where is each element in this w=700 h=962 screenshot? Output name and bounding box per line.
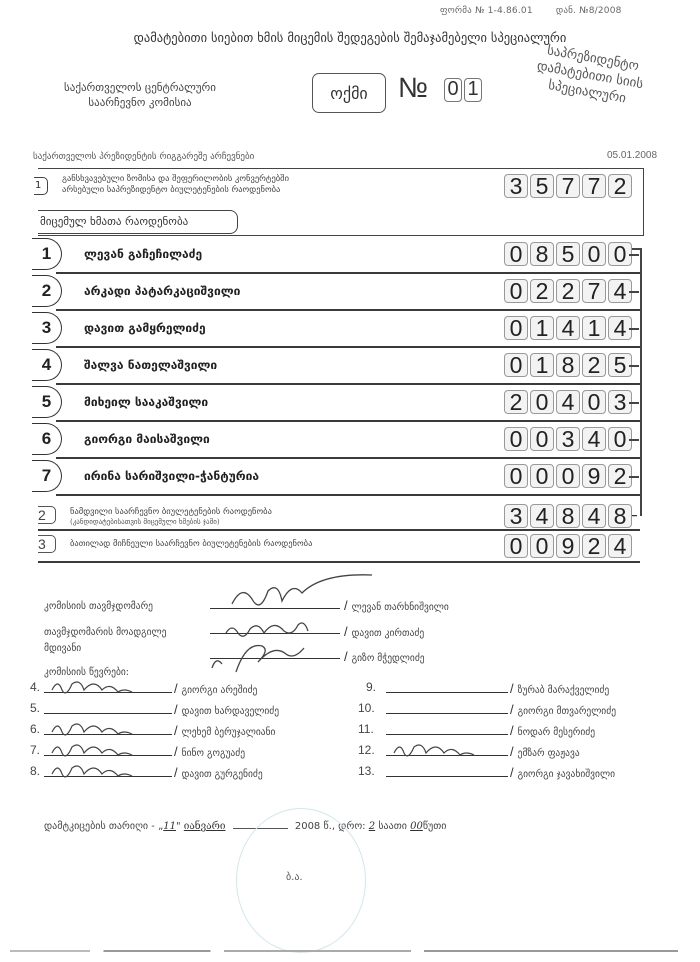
candidate-number: 6 xyxy=(32,423,62,455)
approval-day: 11 xyxy=(163,821,176,832)
section-1-counter: 35772 xyxy=(504,174,632,198)
section-1-text: განსხვავებული ზომისა და შეფერილობის კონვ… xyxy=(62,174,289,196)
digit-cell: 4 xyxy=(608,534,632,558)
candidate-number: 5 xyxy=(32,386,62,418)
member-number: 7. xyxy=(30,743,40,757)
candidate-number: 3 xyxy=(32,312,62,344)
bracket-tick xyxy=(629,291,639,293)
approval-label: დამტკიცების თარიღი - „ xyxy=(44,821,163,832)
digit-cell: 0 xyxy=(504,316,528,340)
member-name-text: დავით გურგენიძე xyxy=(182,769,263,780)
digit-cell: 0 xyxy=(504,353,528,377)
deputy-name-text: დავით კირთაძე xyxy=(352,628,425,639)
digit-cell: 0 xyxy=(530,390,554,414)
section-3-counter: 00924 xyxy=(504,534,632,558)
digit-cell: 2 xyxy=(608,174,632,198)
candidate-name: დავით გამყრელიძე xyxy=(84,321,206,335)
section-1-number: 1 xyxy=(34,177,48,195)
digit-cell: 0 xyxy=(530,427,554,451)
member-signature-line xyxy=(386,776,508,777)
secretary-signature xyxy=(206,638,326,678)
chair-label: კომისიის თავმჯდომარე xyxy=(44,601,153,612)
member-number: 13. xyxy=(358,764,375,778)
section-2-text: ნამდვილი საარჩევნო ბიულეტენების რაოდენობ… xyxy=(70,507,272,527)
sum-bracket xyxy=(640,248,642,516)
digit-cell: 1 xyxy=(530,316,554,340)
digit-cell: 1 xyxy=(582,316,606,340)
digit-cell: 9 xyxy=(556,534,580,558)
approval-month: იანვარი xyxy=(184,821,226,832)
form-number: ფორმა № 1-4.86.01 xyxy=(440,6,533,16)
digit-cell: 4 xyxy=(530,504,554,528)
commission-line-1: საქართველოს ცენტრალური xyxy=(30,80,250,95)
candidate-row: 2 არკადი პატარკაციშვილი 02274 xyxy=(38,274,644,311)
section-2-number: 2 xyxy=(38,506,56,524)
candidate-vote-counter: 08500 xyxy=(504,242,632,266)
protocol-label-box: ოქმი xyxy=(312,73,386,113)
candidate-name: გიორგი მაისაშვილი xyxy=(84,432,210,446)
candidate-row: 6 გიორგი მაისაშვილი 00340 xyxy=(38,422,644,459)
member-number: 8. xyxy=(30,764,40,778)
candidate-vote-counter: 00340 xyxy=(504,427,632,451)
member-number: 4. xyxy=(30,680,40,694)
digit-cell: 1 xyxy=(530,353,554,377)
digit-cell: 8 xyxy=(556,504,580,528)
digit-cell: 8 xyxy=(608,504,632,528)
protocol-number: 0 1 xyxy=(444,78,482,102)
candidate-number: 1 xyxy=(32,238,62,270)
member-name-text: ნოდარ მესერიძე xyxy=(518,727,595,738)
section-1-text-line: არსებული საპრეზიდენტო ბიულეტენების რაოდე… xyxy=(62,185,289,196)
digit-cell: 2 xyxy=(556,279,580,303)
digit-cell: 0 xyxy=(504,534,528,558)
section-3-rule xyxy=(38,561,640,563)
commission-name: საქართველოს ცენტრალური საარჩევნო კომისია xyxy=(30,80,250,110)
section-3-row: 3 ბათილად მიჩნეული საარჩევნო ბიულეტენები… xyxy=(38,532,644,562)
member-number: 10. xyxy=(358,701,375,715)
secretary-label: მდივანი xyxy=(44,643,81,654)
member-signature-line xyxy=(386,713,508,714)
candidate-row: 3 დავით გამყრელიძე 01414 xyxy=(38,311,644,348)
member-name-text: ლეხემ ბერუჯალიანი xyxy=(182,727,276,738)
section-3-number: 3 xyxy=(38,535,56,553)
candidate-name: მიხეილ სააკაშვილი xyxy=(84,395,208,409)
digit-cell: 5 xyxy=(556,242,580,266)
election-name: საქართველოს პრეზიდენტის რიგგარეშე არჩევნ… xyxy=(33,152,254,162)
member-number: 11. xyxy=(358,722,374,736)
digit-cell: 2 xyxy=(530,279,554,303)
member-name: /გიორგი მთვარელიძე xyxy=(510,702,616,717)
member-name: /ემზარ ფაჟავა xyxy=(510,744,580,759)
secretary-name-text: გიზო მჭედლიძე xyxy=(352,653,425,664)
member-name: /ლეხემ ბერუჯალიანი xyxy=(174,723,275,738)
digit-cell: 7 xyxy=(582,174,606,198)
candidate-vote-counter: 01825 xyxy=(504,353,632,377)
document-title: დამატებითი სიებით ხმის მიცემის შედეგების… xyxy=(0,30,700,45)
candidate-name: შალვა ნათელაშვილი xyxy=(84,358,217,372)
digit-cell: 0 xyxy=(504,427,528,451)
candidate-vote-counter: 00092 xyxy=(504,464,632,488)
member-name: /ზურაბ მარაქველიძე xyxy=(510,681,609,696)
member-name: /გიორგი არეშიძე xyxy=(174,681,257,696)
candidate-vote-counter: 20403 xyxy=(504,390,632,414)
digit-cell: 2 xyxy=(582,353,606,377)
member-name-text: გიორგი მთვარელიძე xyxy=(518,706,616,717)
digit-cell: 0 xyxy=(556,464,580,488)
digit-cell: 0 xyxy=(504,279,528,303)
digit-cell: 3 xyxy=(504,174,528,198)
candidate-name: ირინა სარიშვილი-ჭანტურია xyxy=(84,469,259,483)
digit-cell: 4 xyxy=(556,390,580,414)
candidate-vote-counter: 01414 xyxy=(504,316,632,340)
digit-cell: 7 xyxy=(582,279,606,303)
member-name-text: გიორგი არეშიძე xyxy=(182,685,258,696)
member-name-text: გიორგი ჯავახიშვილი xyxy=(518,769,615,780)
digit-cell: 4 xyxy=(582,427,606,451)
election-date: 05.01.2008 xyxy=(607,150,657,161)
bracket-tick xyxy=(629,476,639,478)
form-code: ფორმა № 1-4.86.01 დან. №8/2008 xyxy=(440,6,642,16)
member-name: /ნოდარ მესერიძე xyxy=(510,723,595,738)
member-name: /დავით ხარდაველიძე xyxy=(174,702,279,717)
digit-cell: 2 xyxy=(504,390,528,414)
digit-cell: 4 xyxy=(556,316,580,340)
bracket-tick xyxy=(629,365,639,367)
protocol-label: ოქმი xyxy=(330,84,367,103)
section-2-row: 2 ნამდვილი საარჩევნო ბიულეტენების რაოდენ… xyxy=(38,502,644,532)
member-number: 12. xyxy=(358,743,375,757)
member-name-text: ზურაბ მარაქველიძე xyxy=(518,685,610,696)
commission-line-2: საარჩევნო კომისია xyxy=(30,95,250,110)
member-signature xyxy=(48,674,138,698)
member-signature-line xyxy=(44,713,172,714)
deputy-label: თავმჯდომარის მოადგილე xyxy=(44,627,166,638)
digit-cell: 0 xyxy=(582,242,606,266)
member-number: 5. xyxy=(30,701,40,715)
chair-name-text: ლევან თარხნიშვილი xyxy=(352,602,449,613)
digit-cell: 0 xyxy=(504,464,528,488)
member-signature xyxy=(48,758,138,782)
protocol-digit: 0 xyxy=(444,78,462,102)
digit-cell: 8 xyxy=(530,242,554,266)
approval-hour: 2 xyxy=(369,821,375,832)
secretary-name: /გიზო მჭედლიძე xyxy=(344,649,425,664)
digit-cell: 7 xyxy=(556,174,580,198)
section-2-rule xyxy=(38,529,640,531)
digit-cell: 3 xyxy=(556,427,580,451)
digit-cell: 3 xyxy=(504,504,528,528)
digit-cell: 0 xyxy=(504,242,528,266)
member-name: /გიორგი ჯავახიშვილი xyxy=(510,765,615,780)
member-number: 9. xyxy=(366,680,376,694)
digit-cell: 0 xyxy=(530,534,554,558)
section-3-text: ბათილად მიჩნეული საარჩევნო ბიულეტენების … xyxy=(70,539,312,549)
section-2-sublabel: (კანდიდატებისათვის მიცემული ხმების ჯამი) xyxy=(70,517,272,527)
approval-minute: 00 xyxy=(410,821,423,832)
digit-cell: 0 xyxy=(530,464,554,488)
bracket-tick xyxy=(629,254,639,256)
deputy-name: /დავით კირთაძე xyxy=(344,624,424,639)
candidate-number: 7 xyxy=(32,460,62,492)
seal-label: ბ.ა. xyxy=(286,872,303,883)
approval-hour-label: საათი xyxy=(378,821,407,832)
candidate-vote-counter: 02274 xyxy=(504,279,632,303)
approval-day-close: " xyxy=(176,821,181,832)
candidate-row: 1 ლევან გაჩეჩილაძე 08500 xyxy=(38,237,644,274)
member-signature xyxy=(390,737,480,761)
member-signature-line xyxy=(386,692,508,693)
candidate-name: არკადი პატარკაციშვილი xyxy=(84,284,240,298)
member-name: /ნინო გოგუაძე xyxy=(174,744,245,759)
candidate-number: 4 xyxy=(32,349,62,381)
approval-minute-label: წუთი xyxy=(423,821,447,832)
digit-cell: 5 xyxy=(530,174,554,198)
digit-cell: 9 xyxy=(582,464,606,488)
member-name: /დავით გურგენიძე xyxy=(174,765,263,780)
bracket-tick xyxy=(629,402,639,404)
section-2-counter: 34848 xyxy=(504,504,632,528)
appendix-number: დან. №8/2008 xyxy=(556,6,622,16)
member-name-text: ემზარ ფაჟავა xyxy=(518,748,580,759)
digit-cell: 0 xyxy=(582,390,606,414)
sum-bracket-top xyxy=(632,248,642,250)
protocol-digit: 1 xyxy=(464,78,482,102)
votes-cast-label: მიცემულ ხმათა რაოდენობა xyxy=(38,210,238,234)
bracket-tick xyxy=(629,439,639,441)
member-signature-line xyxy=(386,734,508,735)
bracket-tick xyxy=(629,328,639,330)
presidential-stamp-text: საპრეზიდენტო დამატებითი სიის სპეციალური xyxy=(502,36,678,116)
candidate-row: 5 მიხეილ სააკაშვილი 20403 xyxy=(38,385,644,422)
chair-name: /ლევან თარხნიშვილი xyxy=(344,598,449,613)
member-name-text: დავით ხარდაველიძე xyxy=(182,706,279,717)
candidate-number: 2 xyxy=(32,275,62,307)
approval-date-line: დამტკიცების თარიღი - „11" იანვარი 2008 წ… xyxy=(44,821,446,832)
digit-cell: 8 xyxy=(556,353,580,377)
candidate-row: 7 ირინა სარიშვილი-ჭანტურია 00092 xyxy=(38,459,644,496)
number-sign: № xyxy=(398,72,428,104)
member-number: 6. xyxy=(30,722,40,736)
digit-cell: 2 xyxy=(582,534,606,558)
section-2-label: ნამდვილი საარჩევნო ბიულეტენების რაოდენობ… xyxy=(70,507,272,517)
candidate-rule xyxy=(56,494,640,496)
digit-cell: 4 xyxy=(582,504,606,528)
candidate-row: 4 შალვა ნათელაშვილი 01825 xyxy=(38,348,644,385)
member-name-text: ნინო გოგუაძე xyxy=(182,748,245,759)
section-1-text-line: განსხვავებული ზომისა და შეფერილობის კონვ… xyxy=(62,174,289,185)
bottom-rule xyxy=(10,950,678,952)
candidate-name: ლევან გაჩეჩილაძე xyxy=(84,247,202,261)
